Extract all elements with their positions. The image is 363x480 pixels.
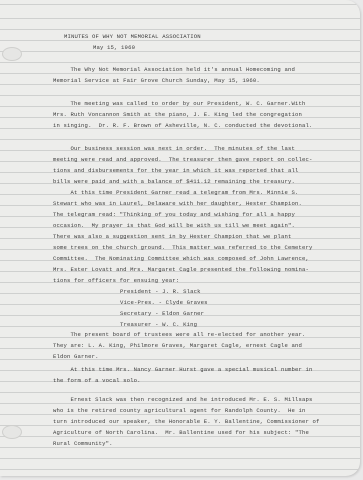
- document-page: MINUTES OF WHY NOT MEMORIAL ASSOCIATION …: [0, 0, 360, 476]
- document-title: MINUTES OF WHY NOT MEMORIAL ASSOCIATION: [64, 33, 201, 40]
- punch-hole: [2, 425, 22, 439]
- paragraph-line: They are: L. A. King, Philmore Graves, M…: [53, 342, 302, 349]
- paragraph-line: some trees on the church ground. This ma…: [53, 244, 313, 251]
- officer-nomination: Treasurer - W. C. King: [120, 321, 197, 328]
- paragraph-line: Stewart who was in Laurel, Delaware with…: [53, 200, 302, 207]
- paragraph-line: Our business session was next in order. …: [53, 145, 295, 152]
- officer-nomination: Secretary - Eldon Garner: [120, 310, 204, 317]
- paragraph-line: Eldon Garner.: [53, 353, 99, 360]
- paragraph-line: Mrs. Ester Lovatt and Mrs. Margaret Cagl…: [53, 266, 309, 273]
- paragraph-line: The meeting was called to order by our P…: [53, 100, 306, 107]
- paragraph-line: Rural Community".: [53, 440, 113, 447]
- document-date: May 15, 1960: [93, 44, 135, 51]
- paragraph-line: the form of a vocal solo.: [53, 377, 141, 384]
- paragraph-line: Ernest Slack was then recognized and he …: [53, 396, 313, 403]
- paragraph-line: Agriculture of North Carolina. Mr. Balle…: [53, 429, 309, 436]
- paragraph-line: in singing. Dr. R. F. Brown of Asheville…: [53, 122, 313, 129]
- paragraph-line: The telegram read: "Thinking of you toda…: [53, 211, 295, 218]
- paragraph-line: occasion. My prayer is that God will be …: [53, 222, 295, 229]
- paragraph-line: The Why Not Memorial Association held it…: [53, 66, 295, 73]
- paragraph-line: tions and disbursements for the year in …: [53, 167, 298, 174]
- paragraph-line: turn introduced our speaker, the Honorab…: [53, 418, 320, 425]
- paragraph-line: Committee. The Nominating Committee whic…: [53, 255, 309, 262]
- paragraph-line: tions for officers for ensuing year:: [53, 277, 179, 284]
- paragraph-line: There was also a suggestion sent in by H…: [53, 233, 291, 240]
- paragraph-line: bills were paid and with a balance of $4…: [53, 178, 295, 185]
- paragraph-line: who is the retired county agricultural a…: [53, 407, 306, 414]
- paragraph-line: At this time Mrs. Nancy Garner Hurst gav…: [53, 366, 313, 373]
- paragraph-line: The present board of trustees were all r…: [53, 331, 306, 338]
- paragraph-line: At this time President Garner read a tel…: [53, 189, 298, 196]
- officer-nomination: Vice-Pres. - Clyde Graves: [120, 299, 208, 306]
- paragraph-line: Memorial Service at Fair Grove Church Su…: [53, 77, 260, 84]
- paragraph-line: Mrs. Ruth Voncannon Smith at the piano, …: [53, 111, 302, 118]
- punch-hole: [2, 47, 22, 61]
- officer-nomination: President - J. R. Slack: [120, 288, 201, 295]
- paragraph-line: meeting were read and approved. The trea…: [53, 156, 313, 163]
